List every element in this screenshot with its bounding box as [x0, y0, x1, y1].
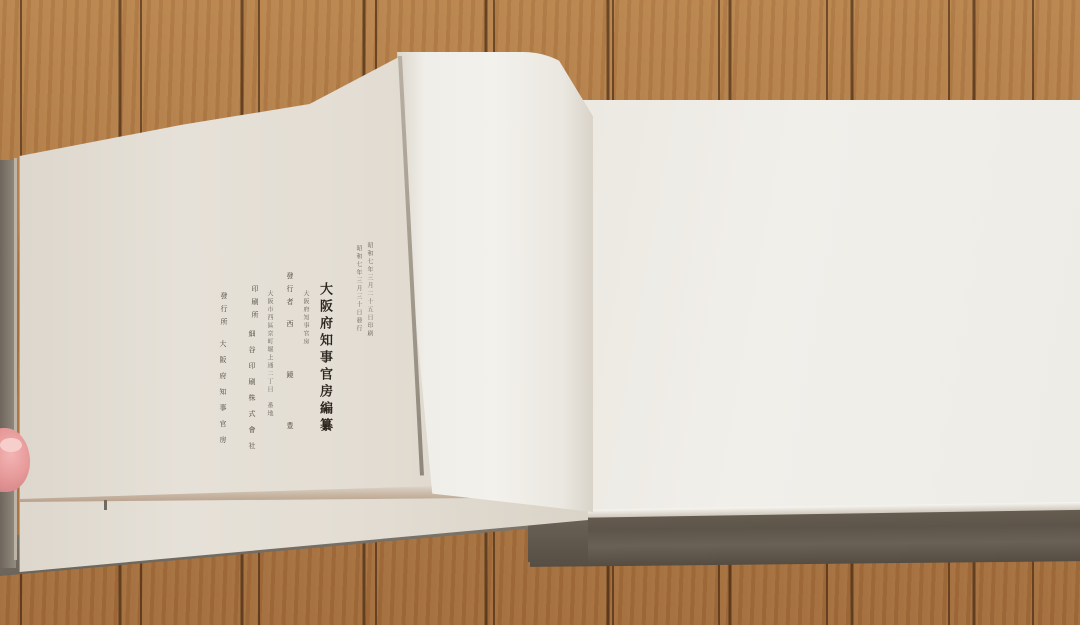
printer-label: 印刷所	[251, 285, 258, 324]
publisher-label: 發行者	[286, 272, 293, 311]
print-date: 昭和七年三月二十五日印刷	[366, 242, 372, 338]
issuer-name: 大 阪 府 知 事 官 房	[219, 340, 226, 444]
printer-name: 細 谷 印 刷 株 式 會 社	[248, 330, 255, 450]
thumbnail	[0, 438, 22, 452]
printer-address: 大阪市西區京町堀上通二丁目 番地	[266, 290, 272, 418]
page-blemish	[104, 500, 107, 510]
publisher-address: 大阪府知事官房	[302, 290, 308, 346]
page-margin-line	[14, 158, 17, 560]
issuer-label: 發行所	[220, 292, 227, 331]
blank-right-page	[560, 100, 1080, 518]
publisher-name: 西 鏡 豊	[286, 320, 293, 439]
book-title: 大阪府知事官房編纂	[318, 282, 331, 435]
publish-date: 昭和七年三月三十日發行	[355, 245, 361, 333]
